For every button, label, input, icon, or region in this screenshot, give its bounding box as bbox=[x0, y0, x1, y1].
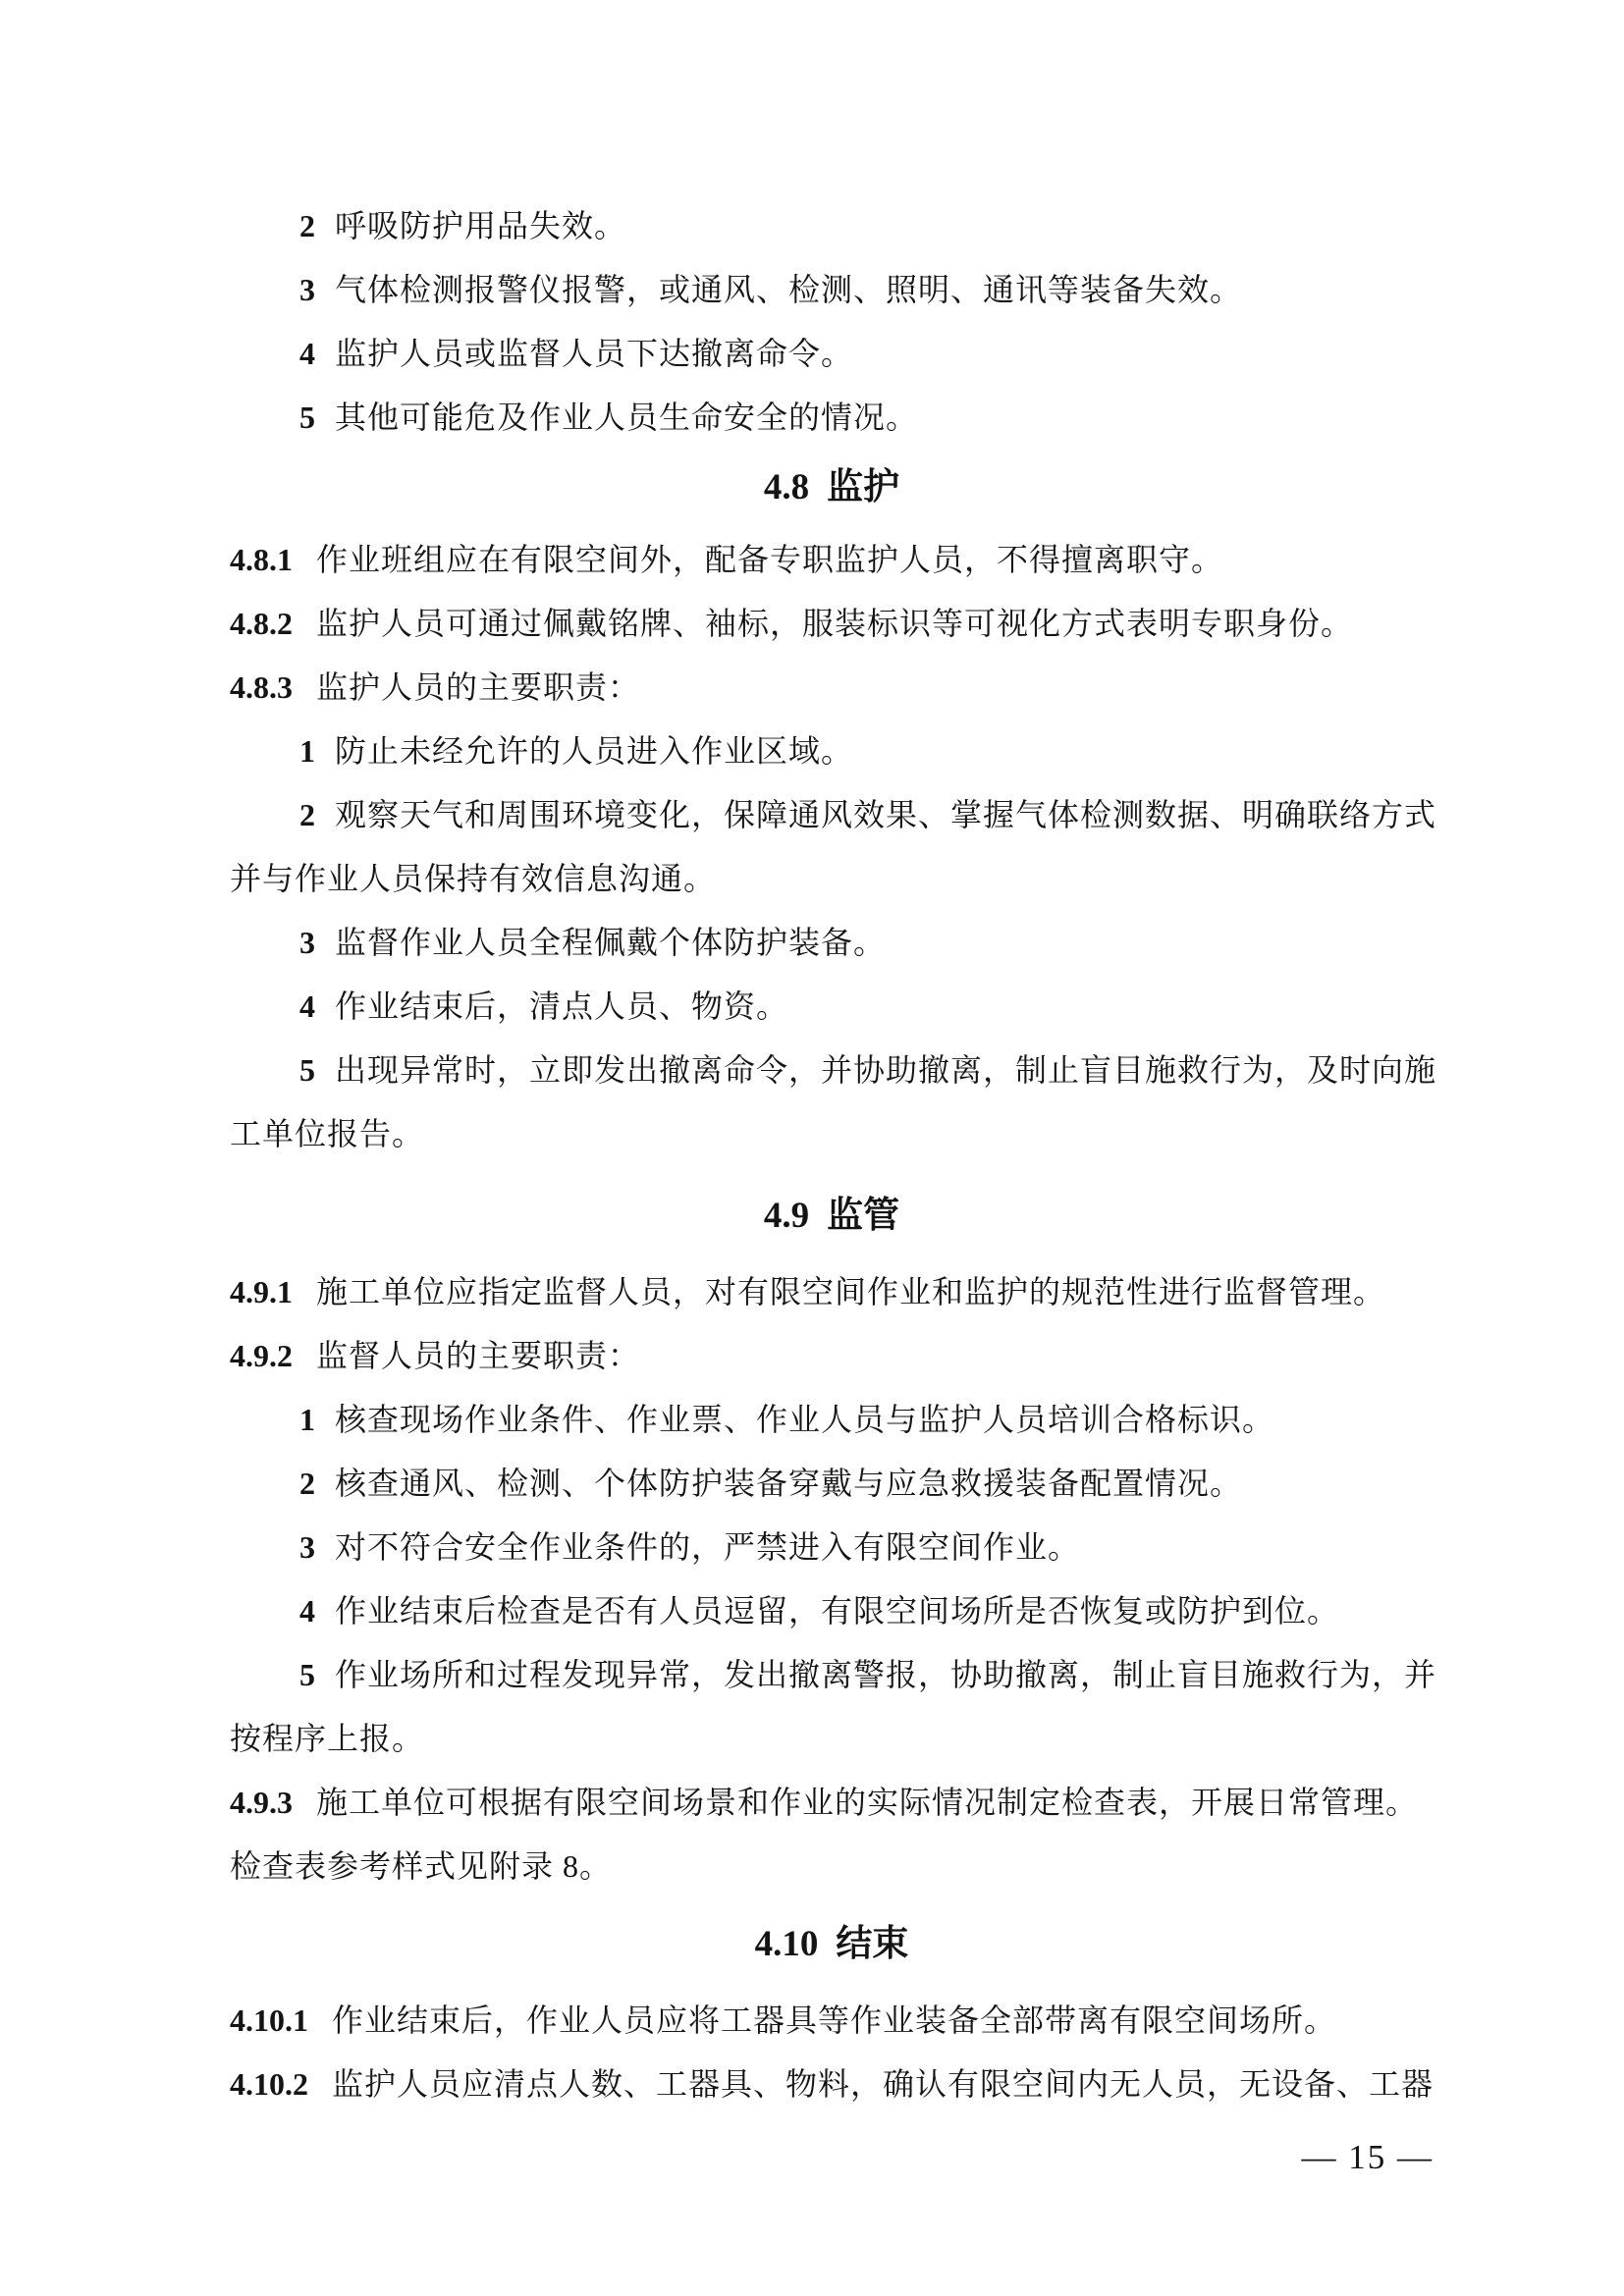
clause-text: 作业结束后，作业人员应将工器具等作业装备全部带离有限空间场所。 bbox=[332, 2002, 1336, 2038]
item-number: 3 bbox=[299, 1529, 315, 1565]
list-item: 3气体检测报警仪报警，或通风、检测、照明、通讯等装备失效。 bbox=[230, 258, 1434, 322]
clause-text: 施工单位可根据有限空间场景和作业的实际情况制定检查表，开展日常管理。 bbox=[316, 1785, 1418, 1820]
clause: 4.8.1作业班组应在有限空间外，配备专职监护人员，不得擅离职守。 bbox=[230, 528, 1434, 592]
item-text: 作业结束后，清点人员、物资。 bbox=[335, 988, 788, 1024]
page-number: — 15 — bbox=[230, 2128, 1434, 2187]
continuation-line: 工单位报告。 bbox=[230, 1102, 1434, 1166]
clause-number: 4.8.1 bbox=[230, 542, 293, 577]
item-text: 工单位报告。 bbox=[230, 1116, 424, 1151]
clause: 4.9.3施工单位可根据有限空间场景和作业的实际情况制定检查表，开展日常管理。 bbox=[230, 1771, 1434, 1835]
clause: 4.9.2监督人员的主要职责： bbox=[230, 1324, 1434, 1388]
clause: 4.10.2监护人员应清点人数、工器具、物料，确认有限空间内无人员，无设备、工器 bbox=[230, 2053, 1434, 2116]
clause-text: 监护人员的主要职责： bbox=[316, 669, 640, 705]
list-item: 5作业场所和过程发现异常，发出撤离警报，协助撤离，制止盲目施救行为，并 bbox=[230, 1643, 1434, 1707]
item-text: 对不符合安全作业条件的，严禁进入有限空间作业。 bbox=[335, 1529, 1080, 1565]
item-number: 4 bbox=[299, 988, 315, 1024]
item-text: 监护人员或监督人员下达撤离命令。 bbox=[335, 336, 853, 371]
item-text: 并与作业人员保持有效信息沟通。 bbox=[230, 861, 716, 896]
list-item: 4监护人员或监督人员下达撤离命令。 bbox=[230, 322, 1434, 386]
clause-number: 4.10.2 bbox=[230, 2066, 308, 2102]
heading-title: 监管 bbox=[827, 1196, 899, 1236]
list-item: 2观察天气和周围环境变化，保障通风效果、掌握气体检测数据、明确联络方式 bbox=[230, 783, 1434, 847]
heading-number: 4.9 bbox=[764, 1196, 809, 1236]
item-number: 2 bbox=[299, 1466, 315, 1501]
item-text: 按程序上报。 bbox=[230, 1721, 424, 1756]
heading-number: 4.10 bbox=[755, 1924, 819, 1964]
clause-number: 4.9.1 bbox=[230, 1274, 293, 1309]
continuation-line: 按程序上报。 bbox=[230, 1707, 1434, 1771]
clause-number: 4.9.3 bbox=[230, 1785, 293, 1820]
heading-title: 结束 bbox=[836, 1924, 908, 1964]
clause: 4.10.1作业结束后，作业人员应将工器具等作业装备全部带离有限空间场所。 bbox=[230, 1989, 1434, 2053]
clause-text: 检查表参考样式见附录 8。 bbox=[230, 1848, 612, 1884]
list-item: 1核查现场作业条件、作业票、作业人员与监护人员培训合格标识。 bbox=[230, 1388, 1434, 1452]
list-item: 3监督作业人员全程佩戴个体防护装备。 bbox=[230, 911, 1434, 975]
list-item: 5其他可能危及作业人员生命安全的情况。 bbox=[230, 386, 1434, 450]
item-number: 5 bbox=[299, 1052, 315, 1088]
item-text: 观察天气和周围环境变化，保障通风效果、掌握气体检测数据、明确联络方式 bbox=[335, 797, 1436, 832]
item-number: 5 bbox=[299, 1657, 315, 1692]
item-text: 作业结束后检查是否有人员逗留，有限空间场所是否恢复或防护到位。 bbox=[335, 1593, 1339, 1629]
clause-number: 4.9.2 bbox=[230, 1338, 293, 1373]
item-number: 4 bbox=[299, 336, 315, 371]
clause: 4.8.2监护人员可通过佩戴铭牌、袖标，服装标识等可视化方式表明专职身份。 bbox=[230, 592, 1434, 656]
item-text: 防止未经允许的人员进入作业区域。 bbox=[335, 733, 853, 769]
section-heading-4-10: 4.10结束 bbox=[230, 1910, 1434, 1979]
heading-number: 4.8 bbox=[764, 467, 809, 507]
clause-number: 4.10.1 bbox=[230, 2002, 308, 2038]
item-text: 核查通风、检测、个体防护装备穿戴与应急救援装备配置情况。 bbox=[335, 1466, 1242, 1501]
clause-text: 作业班组应在有限空间外，配备专职监护人员，不得擅离职守。 bbox=[316, 542, 1223, 577]
document-body: 2呼吸防护用品失效。 3气体检测报警仪报警，或通风、检测、照明、通讯等装备失效。… bbox=[230, 194, 1434, 2296]
list-item: 1防止未经允许的人员进入作业区域。 bbox=[230, 720, 1434, 783]
list-item: 2呼吸防护用品失效。 bbox=[230, 194, 1434, 258]
clause-text: 监护人员应清点人数、工器具、物料，确认有限空间内无人员，无设备、工器 bbox=[332, 2066, 1434, 2102]
continuation-line: 检查表参考样式见附录 8。 bbox=[230, 1835, 1434, 1898]
clause-number: 4.8.3 bbox=[230, 669, 293, 705]
clause-text: 施工单位应指定监督人员，对有限空间作业和监护的规范性进行监督管理。 bbox=[316, 1274, 1385, 1309]
clause: 4.8.3监护人员的主要职责： bbox=[230, 656, 1434, 720]
item-number: 2 bbox=[299, 208, 315, 243]
item-number: 1 bbox=[299, 733, 315, 769]
section-heading-4-9: 4.9监管 bbox=[230, 1182, 1434, 1251]
item-text: 出现异常时，立即发出撤离命令，并协助撤离，制止盲目施救行为，及时向施 bbox=[335, 1052, 1436, 1088]
item-text: 呼吸防护用品失效。 bbox=[335, 208, 626, 243]
item-text: 核查现场作业条件、作业票、作业人员与监护人员培训合格标识。 bbox=[335, 1402, 1274, 1437]
item-number: 5 bbox=[299, 400, 315, 435]
clause-text: 监护人员可通过佩戴铭牌、袖标，服装标识等可视化方式表明专职身份。 bbox=[316, 606, 1353, 641]
continuation-line: 并与作业人员保持有效信息沟通。 bbox=[230, 847, 1434, 911]
item-text: 其他可能危及作业人员生命安全的情况。 bbox=[335, 400, 918, 435]
item-number: 4 bbox=[299, 1593, 315, 1629]
list-item: 4作业结束后，清点人员、物资。 bbox=[230, 975, 1434, 1039]
item-number: 2 bbox=[299, 797, 315, 832]
section-heading-4-8: 4.8监护 bbox=[230, 454, 1434, 522]
item-text: 气体检测报警仪报警，或通风、检测、照明、通讯等装备失效。 bbox=[335, 272, 1242, 307]
list-item: 2核查通风、检测、个体防护装备穿戴与应急救援装备配置情况。 bbox=[230, 1452, 1434, 1516]
clause: 4.9.1施工单位应指定监督人员，对有限空间作业和监护的规范性进行监督管理。 bbox=[230, 1260, 1434, 1324]
list-item: 4作业结束后检查是否有人员逗留，有限空间场所是否恢复或防护到位。 bbox=[230, 1579, 1434, 1643]
item-text: 作业场所和过程发现异常，发出撤离警报，协助撤离，制止盲目施救行为，并 bbox=[335, 1657, 1436, 1692]
item-text: 监督作业人员全程佩戴个体防护装备。 bbox=[335, 925, 886, 960]
heading-title: 监护 bbox=[827, 467, 899, 507]
list-item: 5出现异常时，立即发出撤离命令，并协助撤离，制止盲目施救行为，及时向施 bbox=[230, 1039, 1434, 1102]
document-page: 2呼吸防护用品失效。 3气体检测报警仪报警，或通风、检测、照明、通讯等装备失效。… bbox=[0, 0, 1624, 2296]
item-number: 3 bbox=[299, 925, 315, 960]
clause-number: 4.8.2 bbox=[230, 606, 293, 641]
item-number: 1 bbox=[299, 1402, 315, 1437]
item-number: 3 bbox=[299, 272, 315, 307]
list-item: 3对不符合安全作业条件的，严禁进入有限空间作业。 bbox=[230, 1516, 1434, 1579]
clause-text: 监督人员的主要职责： bbox=[316, 1338, 640, 1373]
